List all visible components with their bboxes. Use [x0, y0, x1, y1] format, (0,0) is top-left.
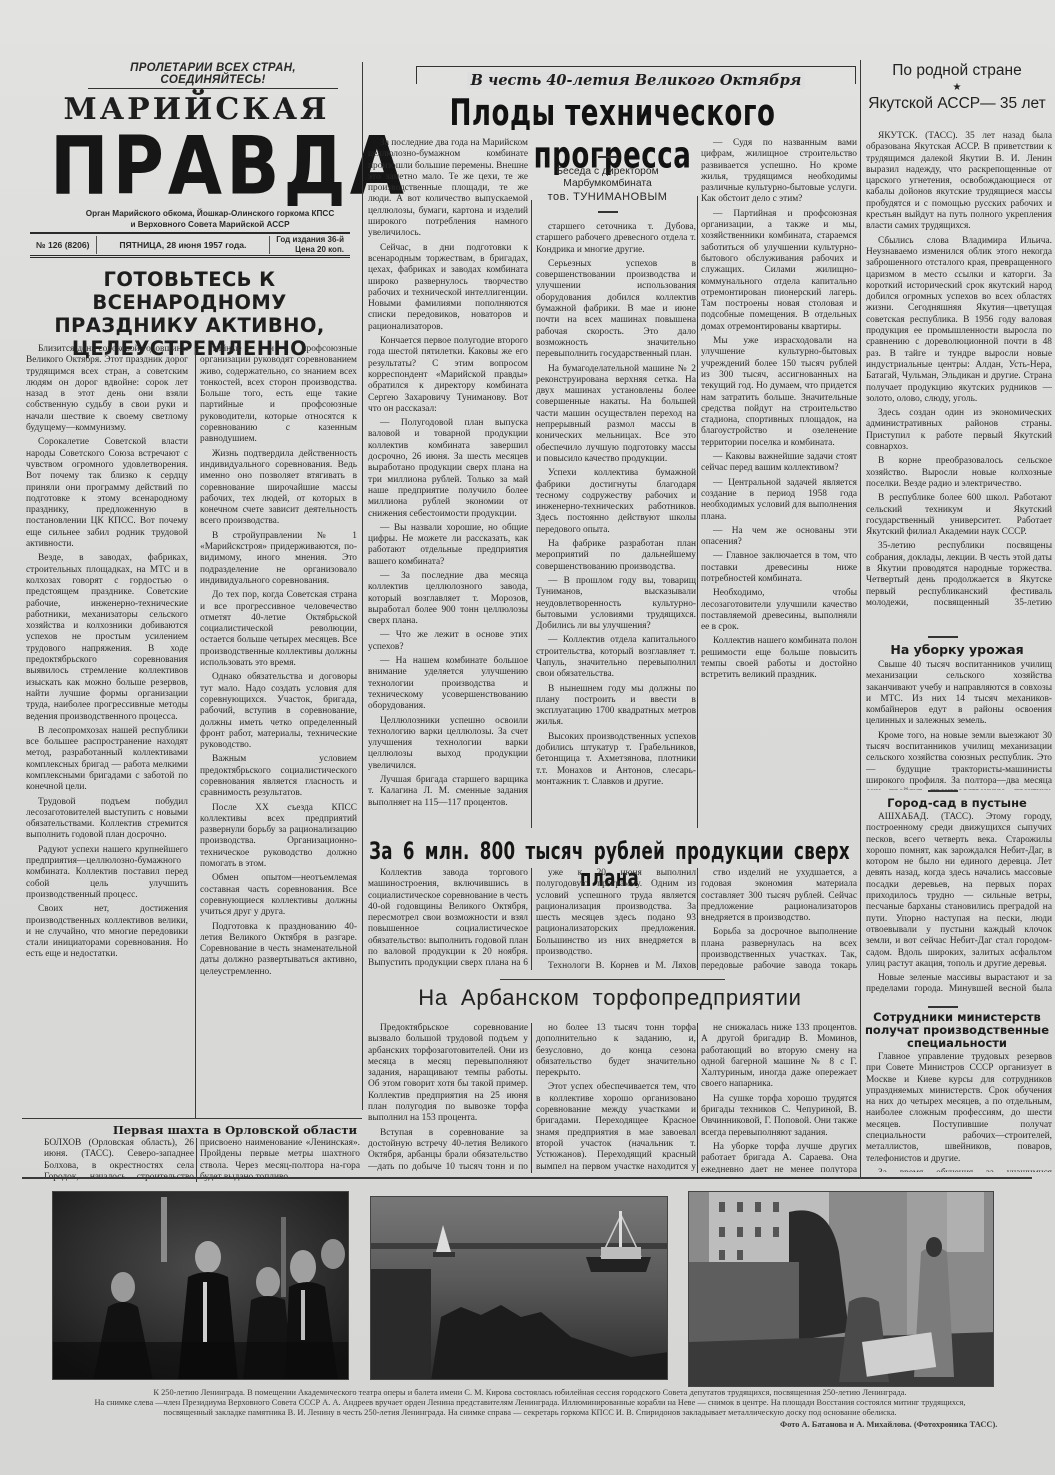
- peat-story-column-2: но более 13 тысяч тонн торфа дополнитель…: [536, 1023, 696, 1173]
- paragraph: уже к 20 июня выполнил полугодовую прогр…: [536, 868, 696, 958]
- paragraph: Жизнь подтвердила действенность индивиду…: [200, 449, 357, 528]
- banner-story-column-3: ство изделий не ухудшается, а годовая эк…: [701, 868, 857, 970]
- sidebar-story1-body: ЯКУТСК. (ТАСС). 35 лет назад была образо…: [866, 131, 1052, 607]
- paragraph: — Коллектив отдела капитального строител…: [536, 635, 696, 680]
- paragraph: Однако обязательства и договоры тут мало…: [200, 672, 357, 751]
- paragraph: — Каковы важнейшие задачи стоят сейчас п…: [701, 452, 857, 475]
- paragraph: В лесопромхозах нашей республики все бол…: [26, 726, 188, 794]
- sidebar-story4-body: Главное управление трудовых резервов при…: [866, 1052, 1052, 1172]
- issue-info-bar: № 126 (8206) ПЯТНИЦА, 28 июня 1957 года.…: [30, 232, 350, 258]
- newspaper-title-line2: ПРАВДА: [50, 128, 340, 204]
- paragraph: Подготовка к празднованию 40-летия Велик…: [200, 922, 357, 978]
- paragraph: Этот успех обеспечивается тем, что в кол…: [536, 1082, 696, 1173]
- photo-credit: Фото А. Батанова и А. Михайлова. (Фотохр…: [780, 1420, 1030, 1429]
- main-story-column-2: старшего сеточника т. Дубова, старшего р…: [536, 222, 696, 828]
- sidebar-story3-headline: Город-сад в пустыне: [862, 797, 1052, 810]
- lead-article-column-2: тийные и профсоюзные организации руковод…: [200, 344, 357, 1119]
- peat-story-headline: На Арбанском торфопредприятии: [380, 985, 840, 1011]
- paragraph: — На нашем комбинате большое внимание уд…: [368, 656, 528, 712]
- paragraph: — Что же лежит в основе этих успехов?: [368, 630, 528, 653]
- masthead-slogan: ПРОЛЕТАРИИ ВСЕХ СТРАН, СОЕДИНЯЙТЕСЬ!: [88, 62, 338, 89]
- publisher-line: Орган Марийского обкома, Йошкар-Олинског…: [80, 208, 340, 230]
- column-divider: [196, 1138, 197, 1182]
- paragraph: не снижалась ниже 133 процентов. А друго…: [701, 1023, 857, 1091]
- paragraph: — В прошлом году вы, товарищ Туниманов, …: [536, 576, 696, 632]
- paragraph: За последние два года на Марийском целлю…: [368, 138, 528, 240]
- paragraph: Кончается первое полугодие второго года …: [368, 336, 528, 415]
- paragraph: АШХАБАД. (ТАСС). Этому городу, построенн…: [866, 812, 1052, 970]
- price: Цена 20 коп.: [276, 245, 344, 255]
- sidebar-story2-body: Свыше 40 тысяч воспитанников училищ меха…: [866, 660, 1052, 790]
- story-divider: [22, 1118, 362, 1119]
- paragraph: старшего сеточника т. Дубова, старшего р…: [536, 222, 696, 256]
- paragraph: — За последние два месяца коллектив целл…: [368, 571, 528, 627]
- photo-ships-image: [371, 1197, 668, 1380]
- sidebar-rubric: По родной стране: [862, 62, 1052, 80]
- paragraph: — Полугодовой план выпуска валовой и тов…: [368, 418, 528, 520]
- paragraph: Трудовой подъем побудил лесозаготовителе…: [26, 797, 188, 842]
- decorative-dash: [598, 211, 618, 213]
- paragraph: БОЛХОВ (Орловская область), 26 июня. (ТА…: [44, 1138, 194, 1182]
- paragraph: Главное управление трудовых резервов при…: [866, 1052, 1052, 1165]
- peat-story-column-3: не снижалась ниже 133 процентов. А друго…: [701, 1023, 857, 1173]
- caption-line-3: посвященный закладке памятника В. И. Лен…: [30, 1408, 1030, 1418]
- paragraph: — На чем же основаны эти опасения?: [701, 526, 857, 549]
- paragraph: — Партийная и профсоюзная организации, а…: [701, 209, 857, 333]
- paragraph: Высоких производственных успехов добилис…: [536, 732, 696, 788]
- mine-story-headline: Первая шахта в Орловской области: [110, 1123, 360, 1137]
- story-divider: [928, 1006, 958, 1008]
- paragraph: Свыше 40 тысяч воспитанников училищ меха…: [866, 660, 1052, 728]
- story-divider: [500, 979, 725, 980]
- publisher-line-2: и Верховного Совета Марийской АССР: [80, 219, 340, 230]
- paragraph: присвоено наименование «Ленинская». Прой…: [200, 1138, 360, 1182]
- photo-officials-ceremony: [52, 1191, 349, 1380]
- sidebar-story3-body: АШХАБАД. (ТАСС). Этому городу, построенн…: [866, 812, 1052, 998]
- star-icon: ★: [862, 82, 1052, 93]
- year-of-publication: Год издания 36-й: [276, 235, 344, 245]
- paragraph: Радуют успехи нашего крупнейшего предпри…: [26, 845, 188, 901]
- main-story-column-3: — Судя по названным вами цифрам, жилищно…: [701, 138, 857, 828]
- story-divider: [928, 636, 958, 638]
- paragraph: В республике более 600 школ. Работают се…: [866, 493, 1052, 538]
- paragraph: Здесь создан один из экономических админ…: [866, 408, 1052, 453]
- issue-number: № 126 (8206): [30, 240, 96, 250]
- paragraph: До тех пор, когда Советская страна и все…: [200, 590, 357, 669]
- paragraph: Технологи В. Корнев и М. Ляхов предложил…: [536, 961, 696, 970]
- column-divider: [697, 196, 698, 828]
- mine-story-column-2: присвоено наименование «Ленинская». Прой…: [200, 1138, 360, 1182]
- paragraph: — Судя по названным вами цифрам, жилищно…: [701, 138, 857, 206]
- photo-plaque-at-obelisk: [688, 1191, 994, 1387]
- paragraph: Сорокалетие Советской власти народы Сове…: [26, 437, 188, 550]
- paragraph: — Главное заключается в том, что поставк…: [701, 551, 857, 585]
- paragraph: Успехи коллектива бумажной фабрики дости…: [536, 468, 696, 536]
- photo-section-top-rule: [22, 1177, 1032, 1179]
- paragraph: В стройуправлении № 1 «Марийскстроя» при…: [200, 531, 357, 587]
- sidebar-divider: [860, 60, 861, 1178]
- mine-story-column-1: БОЛХОВ (Орловская область), 26 июня. (ТА…: [44, 1138, 194, 1182]
- lead-article-column-1: Близится день сороковой годовщины Велико…: [26, 344, 188, 1119]
- paragraph: На бумагоделательной машине № 2 реконстр…: [536, 364, 696, 466]
- paragraph: Борьба за досрочное выполнение плана раз…: [701, 927, 857, 970]
- paragraph: — Вы назвали хорошие, но общие цифры. Не…: [368, 523, 528, 568]
- paragraph: тийные и профсоюзные организации руковод…: [200, 344, 357, 446]
- paragraph: В корне преобразовалось сельское хозяйст…: [866, 456, 1052, 490]
- photo-officials-image: [53, 1192, 349, 1380]
- paragraph: Близится день сороковой годовщины Велико…: [26, 344, 188, 434]
- interview-intro: Беседа с директором Марбумкомбината тов.…: [535, 148, 680, 221]
- section-divider: [362, 62, 363, 1110]
- peat-story-column-1: Предоктябрьское соревнование вызвало бол…: [368, 1023, 528, 1173]
- paragraph: ЯКУТСК. (ТАСС). 35 лет назад была образо…: [866, 131, 1052, 233]
- paragraph: Сейчас, в дни подготовки к всенародным т…: [368, 243, 528, 333]
- banner-story-column-2: уже к 20 июня выполнил полугодовую прогр…: [536, 868, 696, 970]
- column-divider: [697, 868, 698, 970]
- paragraph: но более 13 тысяч тонн торфа дополнитель…: [536, 1023, 696, 1079]
- newspaper-page: ПРОЛЕТАРИИ ВСЕХ СТРАН, СОЕДИНЯЙТЕСЬ! МАР…: [0, 0, 1055, 1475]
- photo-caption: К 250-летию Ленинграда. В помещении Акад…: [30, 1388, 1030, 1417]
- paragraph: В нынешнем году мы должны по плану постр…: [536, 684, 696, 729]
- paragraph: Серьезных успехов в совершенствовании пр…: [536, 259, 696, 361]
- interview-line-2: Марбумкомбината: [535, 178, 680, 191]
- paragraph: За время обучения за учащимися сохраняет…: [866, 1168, 1052, 1172]
- paragraph: Необходимо, чтобы лесозаготовители улучш…: [701, 588, 857, 633]
- column-divider: [531, 1023, 532, 1173]
- caption-line-2: На снимке слева —член Президиума Верховн…: [30, 1398, 1030, 1408]
- rubric-text: В честь 40-летия Великого Октября: [467, 72, 806, 89]
- interview-line-1: Беседа с директором: [535, 166, 680, 179]
- sidebar-story2-headline: На уборку урожая: [862, 643, 1052, 656]
- paragraph: 35-летию республики посвящены собрания, …: [866, 541, 1052, 607]
- photo-obelisk-image: [689, 1192, 994, 1387]
- issue-date: ПЯТНИЦА, 28 июня 1957 года.: [97, 240, 270, 250]
- paragraph: После XX съезда КПСС коллективы всех пре…: [200, 803, 357, 871]
- main-story-column-1: За последние два года на Марийском целлю…: [368, 138, 528, 828]
- paragraph: На уборке торфа лучше других работает бр…: [701, 1142, 857, 1173]
- paragraph: Обмен опытом—неотъемлемая составная част…: [200, 873, 357, 918]
- paragraph: Кроме того, на новые земли выезжают 30 т…: [866, 731, 1052, 790]
- paragraph: Коллектив завода торгового машиностроени…: [368, 868, 528, 970]
- paragraph: Своих нет, достижения производственных к…: [26, 904, 188, 960]
- paragraph: Везде, в заводах, фабриках, строительных…: [26, 553, 188, 722]
- column-divider: [195, 348, 196, 1118]
- photo-ships-on-neva: [370, 1196, 668, 1380]
- banner-story-column-1: Коллектив завода торгового машиностроени…: [368, 868, 528, 970]
- paragraph: На фабрике разработан план мероприятий п…: [536, 539, 696, 573]
- publisher-line-1: Орган Марийского обкома, Йошкар-Олинског…: [80, 208, 340, 219]
- paragraph: — Центральной задачей является создание …: [701, 478, 857, 523]
- paragraph: Мы уже израсходовали на улучшение культу…: [701, 336, 857, 449]
- sidebar-story1-headline: Якутской АССР— 35 лет: [862, 95, 1052, 112]
- sidebar-story4-headline: Сотрудники министерств получат производс…: [862, 1011, 1052, 1050]
- paragraph: На сушке торфа хорошо трудятся бригады т…: [701, 1094, 857, 1139]
- column-divider: [531, 200, 532, 828]
- paragraph: Важным условием предоктябрьского социали…: [200, 754, 357, 799]
- column-divider: [531, 868, 532, 970]
- interview-name: тов. ТУНИМАНОВЫМ: [535, 191, 680, 204]
- decorative-dash: [598, 156, 618, 158]
- issue-price-block: Год издания 36-й Цена 20 коп.: [270, 235, 350, 254]
- paragraph: Предоктябрьское соревнование вызвало бол…: [368, 1023, 528, 1125]
- column-divider: [697, 1023, 698, 1173]
- story-divider: [928, 790, 958, 792]
- rubric-40th-anniversary: В честь 40-летия Великого Октября: [416, 72, 856, 89]
- caption-line-1: К 250-летию Ленинграда. В помещении Акад…: [30, 1388, 1030, 1398]
- paragraph: ство изделий не ухудшается, а годовая эк…: [701, 868, 857, 924]
- paragraph: Лучшая бригада старшего варщика т. Калаг…: [368, 775, 528, 809]
- paragraph: Коллектив нашего комбината полон решимос…: [701, 636, 857, 681]
- paragraph: Целлюлозники успешно освоили технологию …: [368, 716, 528, 772]
- paragraph: Вступая в соревнование за достойную встр…: [368, 1128, 528, 1173]
- paragraph: Сбылись слова Владимира Ильича. Неузнава…: [866, 236, 1052, 405]
- paragraph: Новые зеленые массивы вырастают и за пре…: [866, 973, 1052, 998]
